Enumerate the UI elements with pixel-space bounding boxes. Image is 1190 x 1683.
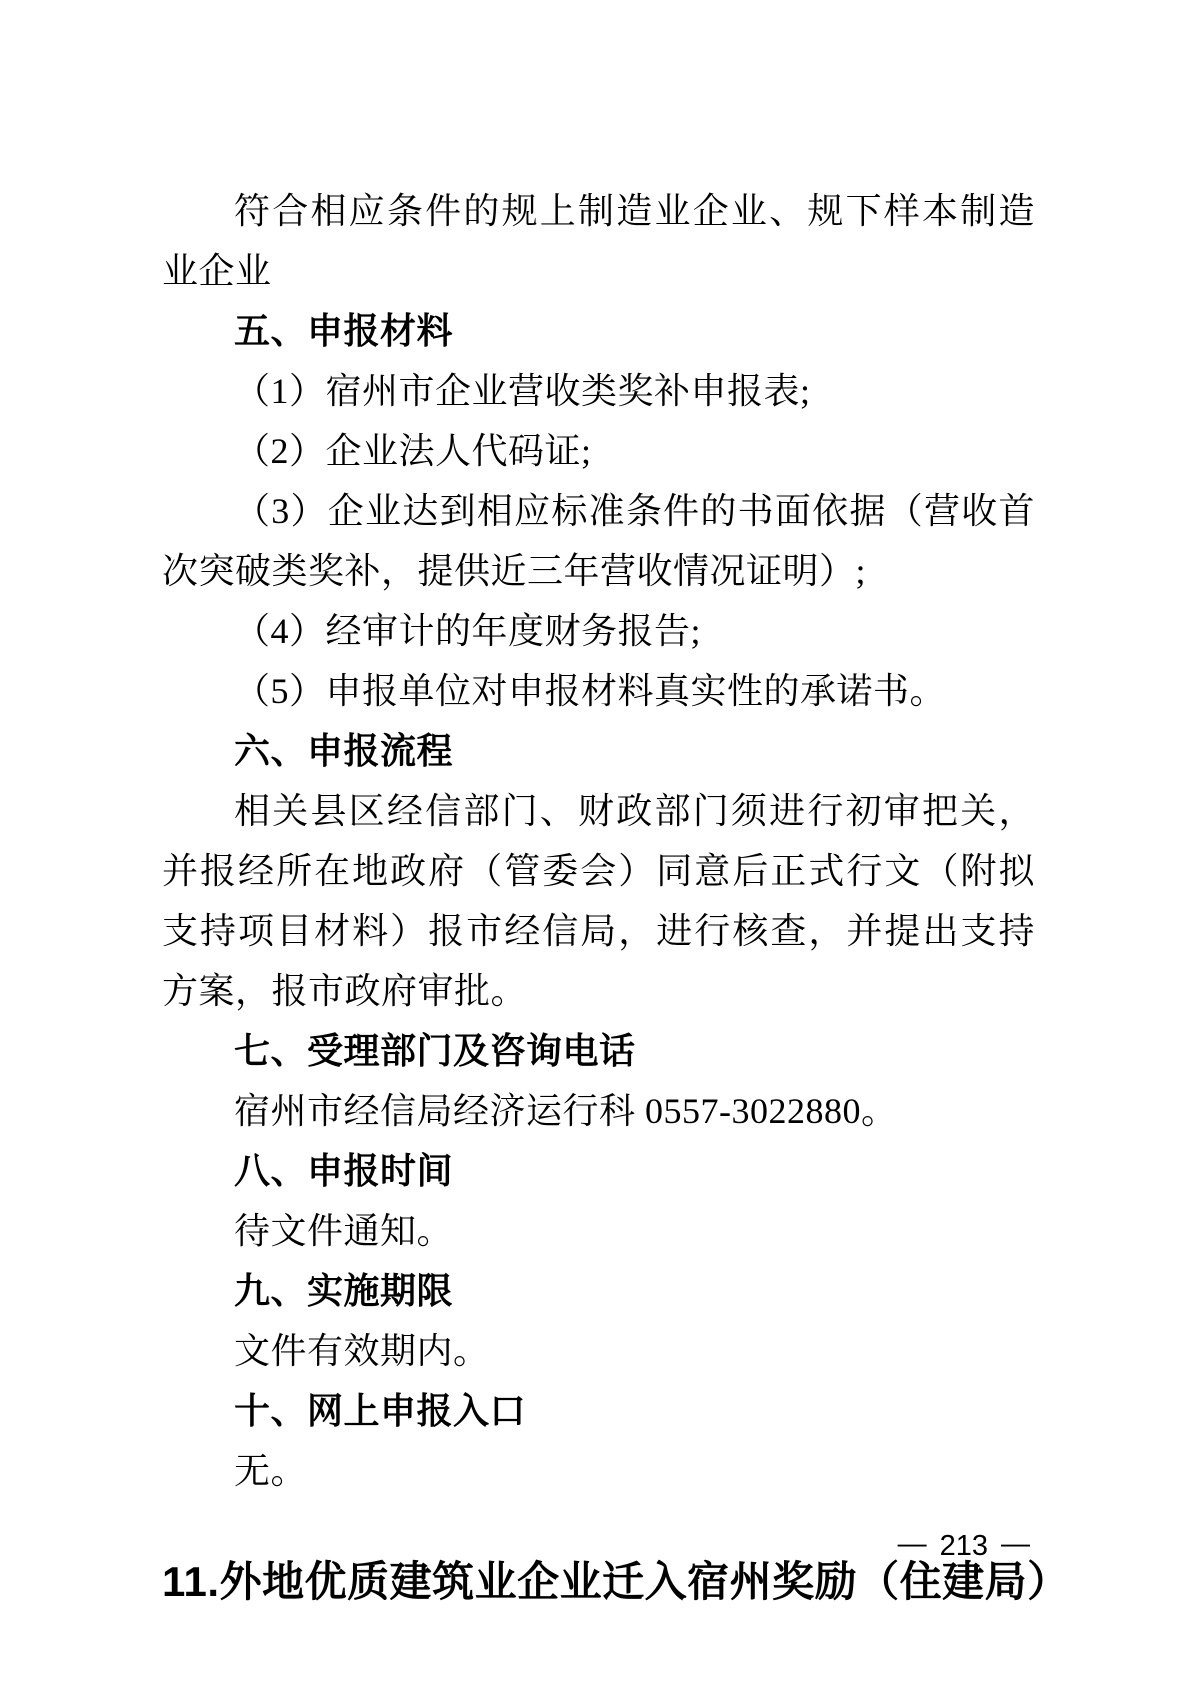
paragraph-application-time: 待文件通知。 [162, 1201, 1035, 1261]
document-content: 符合相应条件的规上制造业企业、规下样本制造业企业 五、申报材料 （1）宿州市企业… [162, 181, 1035, 1615]
list-item-material-5: （5）申报单位对申报材料真实性的承诺书。 [162, 661, 1035, 721]
paragraph-online-portal: 无。 [162, 1441, 1035, 1501]
section-heading-online-portal: 十、网上申报入口 [162, 1381, 1035, 1441]
list-item-material-2: （2）企业法人代码证; [162, 421, 1035, 481]
document-page: 符合相应条件的规上制造业企业、规下样本制造业企业 五、申报材料 （1）宿州市企业… [0, 0, 1190, 1683]
section-heading-application-process: 六、申报流程 [162, 721, 1035, 781]
page-footer: — 213 — [898, 1528, 1030, 1564]
section-heading-contact: 七、受理部门及咨询电话 [162, 1021, 1035, 1081]
paragraph-application-process: 相关县区经信部门、财政部门须进行初审把关，并报经所在地政府（管委会）同意后正式行… [162, 781, 1035, 1021]
list-item-material-3: （3）企业达到相应标准条件的书面依据（营收首次突破类奖补，提供近三年营收情况证明… [162, 481, 1035, 601]
page-number-left-dash: — [898, 1526, 927, 1562]
section-heading-application-materials: 五、申报材料 [162, 301, 1035, 361]
page-number: 213 [940, 1528, 988, 1564]
list-item-material-1: （1）宿州市企业营收类奖补申报表; [162, 361, 1035, 421]
paragraph-support-target: 符合相应条件的规上制造业企业、规下样本制造业企业 [162, 181, 1035, 301]
page-number-right-dash: — [1001, 1526, 1030, 1562]
section-heading-implementation-period: 九、实施期限 [162, 1261, 1035, 1321]
paragraph-contact-phone: 宿州市经信局经济运行科 0557-3022880。 [162, 1081, 1035, 1141]
section-heading-application-time: 八、申报时间 [162, 1141, 1035, 1201]
paragraph-implementation-period: 文件有效期内。 [162, 1321, 1035, 1381]
list-item-material-4: （4）经审计的年度财务报告; [162, 601, 1035, 661]
